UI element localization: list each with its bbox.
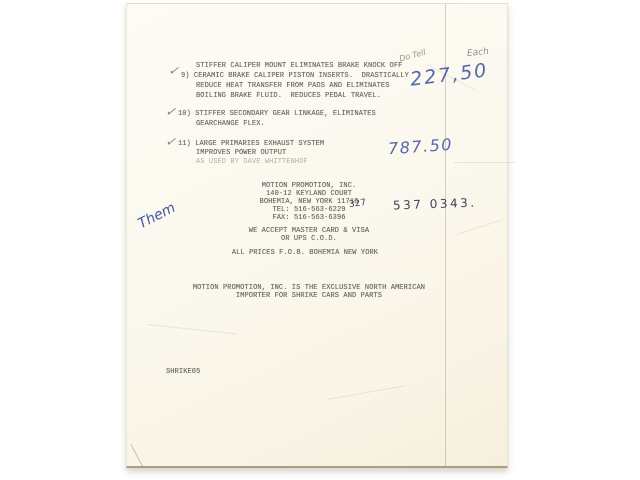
price-total-note: 787.50 [387,135,453,158]
pencil-note: Do Tell [398,48,426,64]
item-11-line-1: 11) LARGE PRIMARIES EXHAUST SYSTEM [178,140,324,148]
company-street: 140-12 KEYLAND COURT [209,190,409,198]
company-city: BOHEMIA, NEW YORK 11716 [209,198,409,206]
phone-number-note: 537 0343. [393,196,477,213]
item-11-line-2: IMPROVES POWER OUTPUT [196,149,286,157]
item-10-line-2: GEARCHANGE FLEX. [196,120,265,128]
paper-sheet: STIFFER CALIPER MOUNT ELIMINATES BRAKE K… [126,3,508,468]
footer-line-1: MOTION PROMOTION, INC. IS THE EXCLUSIVE … [184,284,434,292]
item-10-line-1: 10) STIFFER SECONDARY GEAR LINKAGE, ELIM… [178,110,376,118]
crease-line [457,219,503,235]
checkmark-icon: ✓ [164,135,180,151]
crease-line [147,324,237,334]
crease-line [454,162,516,163]
corner-fold-line [131,444,144,467]
checkmark-icon: ✓ [164,105,180,121]
company-name: MOTION PROMOTION, INC. [209,182,409,190]
price-each-note: 227,50 [409,59,490,90]
item-9-line-2: REDUCE HEAT TRANSFER FROM PADS AND ELIMI… [196,82,390,90]
them-note: Them [136,200,179,232]
file-reference: SHRIKE05 [166,368,200,376]
each-note: Each [467,47,490,59]
crease-line [327,385,406,400]
item-9-line-3: BOILING BRAKE FLUID. REDUCES PEDAL TRAVE… [196,92,381,100]
payment-line-2: OR UPS C.O.D. [209,235,409,243]
item-9-line-1: 9) CERAMIC BRAKE CALIPER PISTON INSERTS.… [181,72,409,80]
prices-fob-line: ALL PRICES F.O.B. BOHEMIA NEW YORK [205,249,405,257]
item-11-line-3: AS USED BY DAVE WHITTENHOF [196,158,308,166]
footer-line-2: IMPORTER FOR SHRIKE CARS AND PARTS [184,292,434,300]
company-fax: FAX: 516-563-6396 [209,214,409,222]
typed-line-intro: STIFFER CALIPER MOUNT ELIMINATES BRAKE K… [196,62,402,70]
payment-line-1: WE ACCEPT MASTER CARD & VISA [209,227,409,235]
company-tel: TEL: 516-563-6229 [209,206,409,214]
checkmark-icon: ✓ [167,64,183,80]
